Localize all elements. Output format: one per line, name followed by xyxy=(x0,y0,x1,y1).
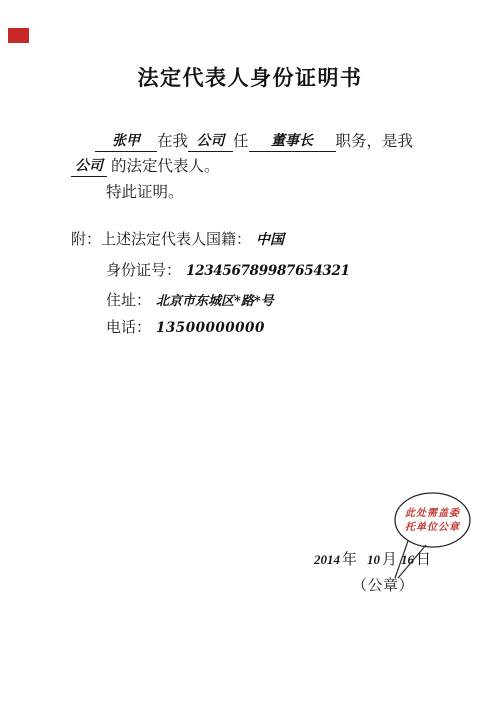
post-suffix-text: 职务，是我 xyxy=(336,133,414,150)
id-number-value: 123456789987654321 xyxy=(186,263,350,279)
date-month-unit: 月 xyxy=(382,552,397,568)
nationality-value: 中国 xyxy=(256,232,284,248)
date-year-unit: 年 xyxy=(342,552,357,568)
company-blank: 公司 xyxy=(188,131,233,152)
balloon-note-line2: 托单位公章 xyxy=(405,521,461,533)
certificate-page: 法定代表人身份证明书 张甲在我公司任董事长职务，是我 公司的法定代表人。 特此证… xyxy=(0,0,500,707)
serve-text: 任 xyxy=(233,133,249,150)
position-blank: 董事长 xyxy=(249,131,336,152)
attachment-line-phone: 电话：13500000000 xyxy=(106,318,265,338)
attachment-line-id: 身份证号：123456789987654321 xyxy=(106,261,350,281)
phone-value: 13500000000 xyxy=(156,320,265,336)
nationality-label: 上述法定代表人国籍： xyxy=(101,232,251,248)
date-line: 2014年10月16日 xyxy=(314,551,431,569)
date-year: 2014 xyxy=(314,552,340,567)
balloon-note-line1: 此处需盖委 xyxy=(405,507,461,519)
attachment-line-address: 住址：北京市东城区*路*号 xyxy=(106,291,274,312)
seal-placeholder: （公章） xyxy=(352,574,414,595)
balloon-ellipse-outline xyxy=(395,493,470,547)
document-title: 法定代表人身份证明书 xyxy=(0,62,500,92)
name-blank: 张甲 xyxy=(95,131,157,152)
certify-line: 特此证明。 xyxy=(106,182,184,203)
address-value: 北京市东城区*路*号 xyxy=(156,294,274,309)
name-value: 张甲 xyxy=(112,133,140,149)
red-corner-mark xyxy=(8,28,29,43)
company2-blank: 公司 xyxy=(71,156,107,177)
phone-label: 电话： xyxy=(106,320,151,336)
in-our-text: 在我 xyxy=(157,133,188,150)
company2-value: 公司 xyxy=(75,158,103,174)
attachment-label: 附： xyxy=(71,232,101,248)
date-day: 16 xyxy=(401,552,414,567)
date-day-unit: 日 xyxy=(416,552,431,568)
date-month: 10 xyxy=(367,552,380,567)
position-value: 董事长 xyxy=(271,133,313,149)
id-label: 身份证号： xyxy=(106,263,181,279)
statement-line-1: 张甲在我公司任董事长职务，是我 xyxy=(95,131,413,152)
address-label: 住址： xyxy=(106,293,151,309)
statement-line-2: 公司的法定代表人。 xyxy=(71,156,220,177)
attachment-line-nationality: 附：上述法定代表人国籍：中国 xyxy=(71,230,284,250)
company-value: 公司 xyxy=(197,133,225,149)
legal-rep-text: 的法定代表人。 xyxy=(111,158,220,175)
